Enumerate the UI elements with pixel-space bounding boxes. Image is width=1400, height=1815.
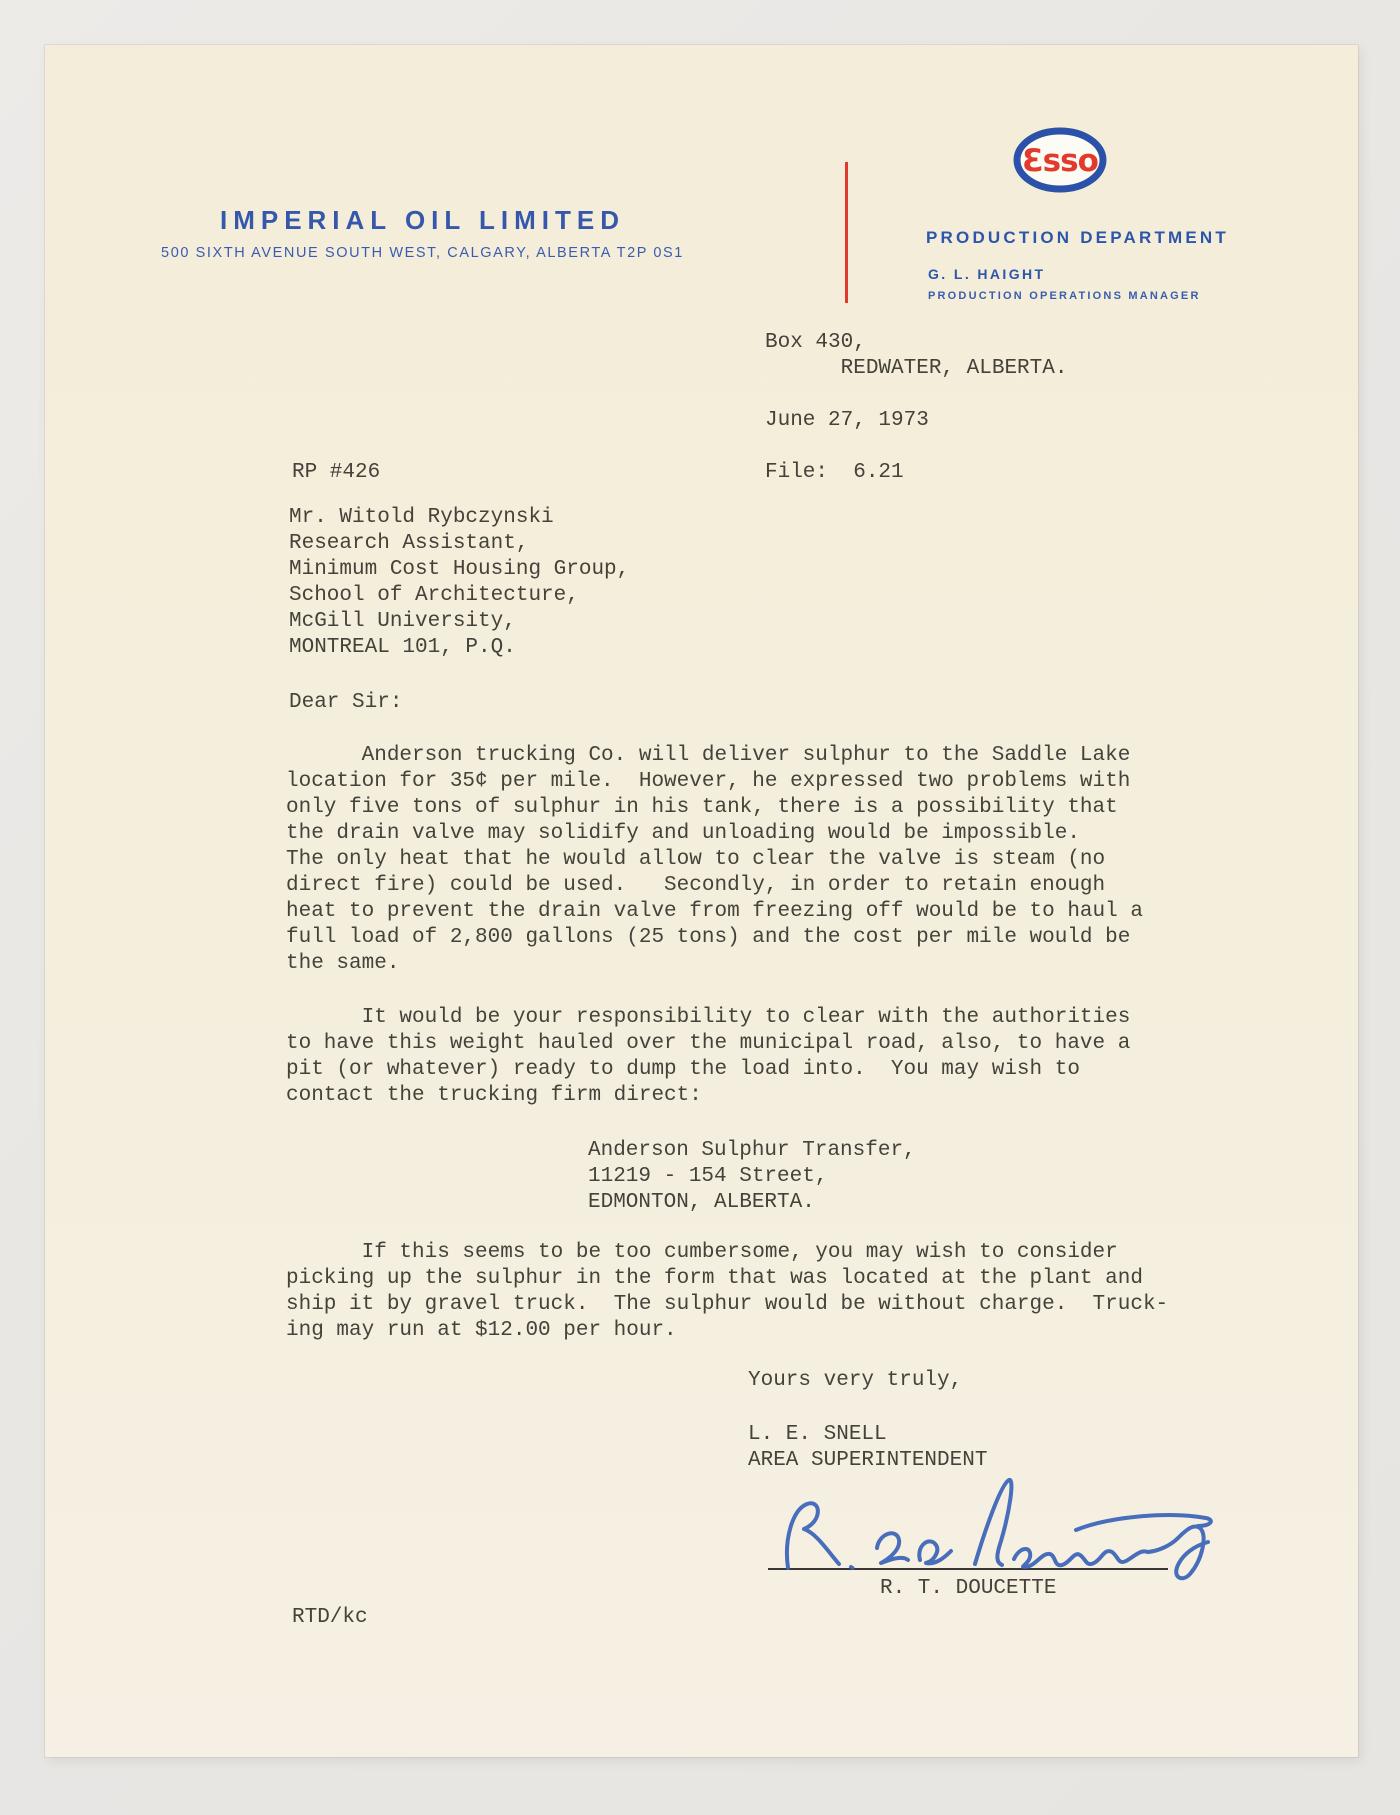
esso-logo-icon: Ɛsso — [1012, 126, 1108, 199]
signature-line — [768, 1568, 1168, 1570]
manager-title: PRODUCTION OPERATIONS MANAGER — [928, 290, 1201, 302]
typist-initials: RTD/kc — [292, 1605, 368, 1631]
signed-by-name: R. T. DOUCETTE — [880, 1576, 1056, 1602]
body-paragraph-2: It would be your responsibility to clear… — [286, 1005, 1130, 1109]
salutation: Dear Sir: — [289, 690, 402, 716]
department-label: PRODUCTION DEPARTMENT — [926, 228, 1229, 248]
manager-name: G. L. HAIGHT — [928, 266, 1045, 282]
body-paragraph-3: If this seems to be too cumbersome, you … — [286, 1240, 1168, 1344]
signer-title: AREA SUPERINTENDENT — [748, 1448, 987, 1474]
esso-logo-text: Ɛsso — [1022, 143, 1098, 179]
signer-name: L. E. SNELL — [748, 1422, 887, 1448]
reference-number: RP #426 — [292, 460, 380, 486]
body-paragraph-1: Anderson trucking Co. will deliver sulph… — [286, 743, 1143, 977]
recipient-address: Mr. Witold Rybczynski Research Assistant… — [289, 505, 629, 661]
origin-address: Box 430, REDWATER, ALBERTA. — [765, 330, 1067, 382]
letterhead: IMPERIAL OIL LIMITED 500 SIXTH AVENUE SO… — [150, 205, 695, 261]
company-name: IMPERIAL OIL LIMITED — [150, 205, 695, 236]
valediction: Yours very truly, — [748, 1368, 962, 1394]
scan-background: IMPERIAL OIL LIMITED 500 SIXTH AVENUE SO… — [0, 0, 1400, 1815]
red-divider-line — [845, 162, 848, 303]
trucking-firm-address: Anderson Sulphur Transfer, 11219 - 154 S… — [588, 1138, 916, 1216]
file-number: File: 6.21 — [765, 460, 904, 486]
letter-date: June 27, 1973 — [765, 408, 929, 434]
company-address: 500 SIXTH AVENUE SOUTH WEST, CALGARY, AL… — [150, 245, 695, 261]
